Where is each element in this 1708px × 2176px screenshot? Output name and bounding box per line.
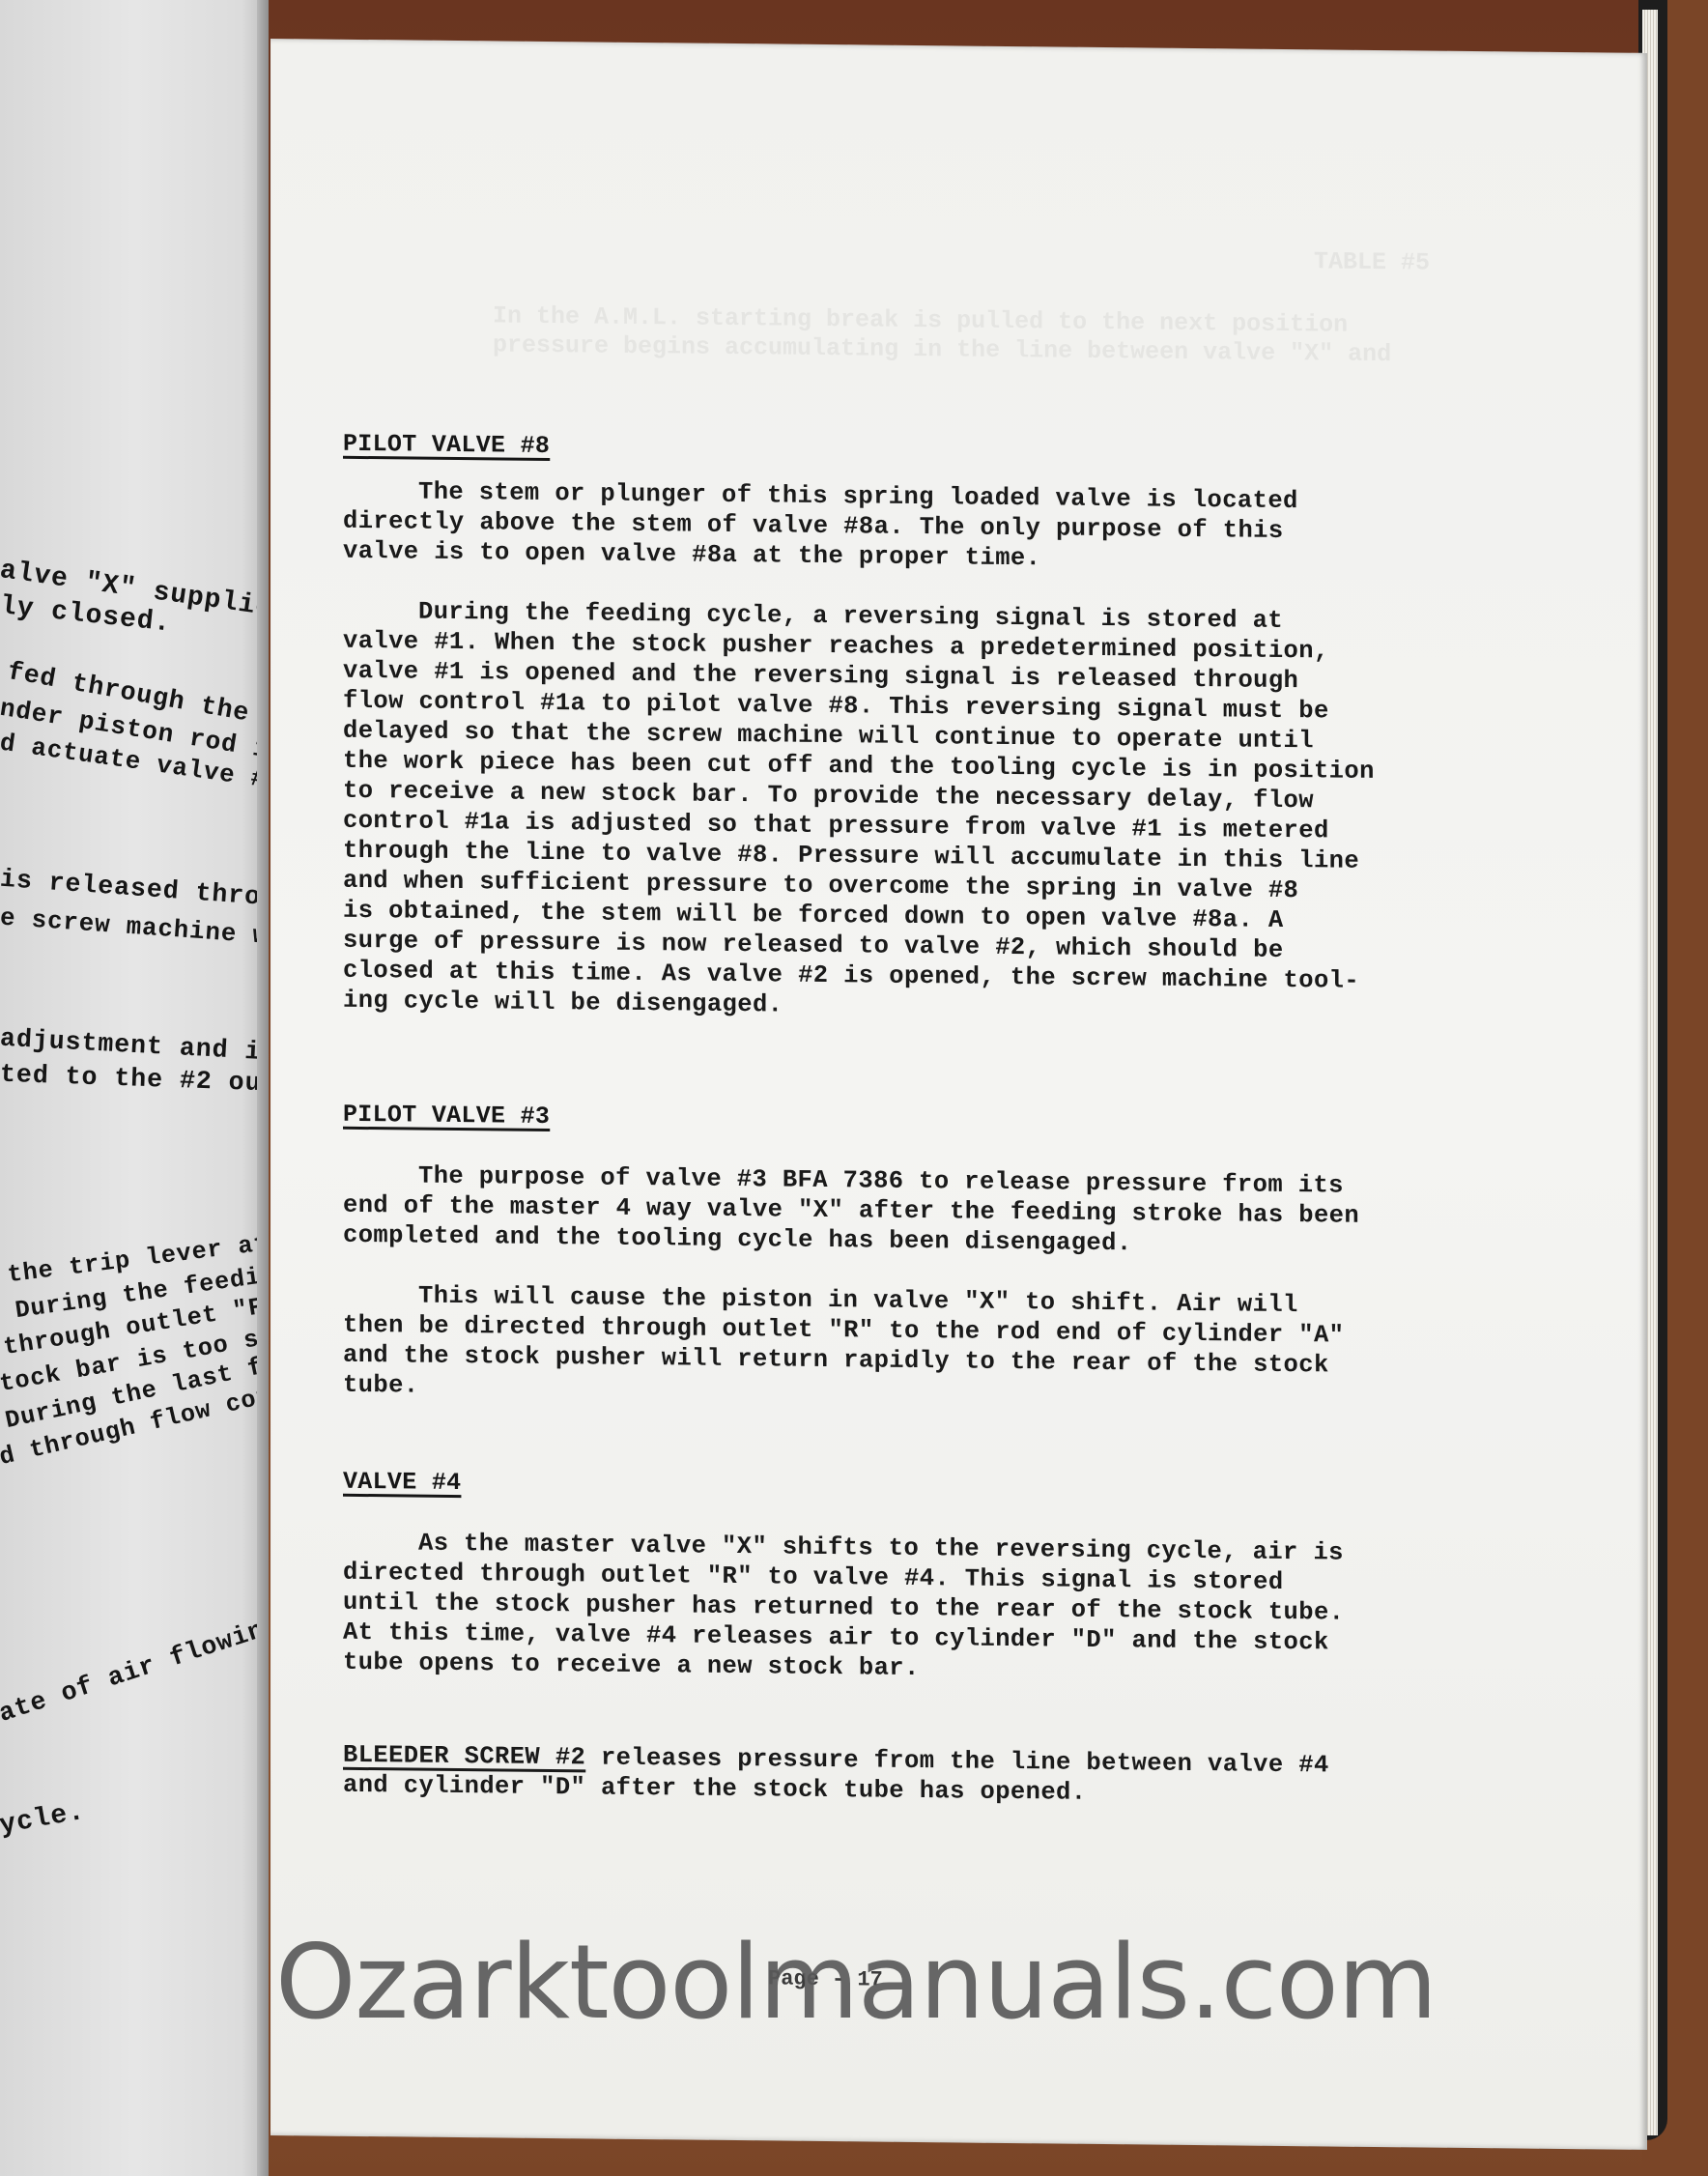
section-body-pilot-valve-8: The stem or plunger of this spring loade… (343, 476, 1406, 1027)
left-page-text-line: ted to the #2 outlet. (0, 1061, 269, 1102)
paragraph: The stem or plunger of this spring loade… (343, 476, 1406, 578)
left-page-text-line: e screw machine work cycle. (0, 904, 269, 961)
paragraph: During the feeding cycle, a reversing si… (343, 596, 1406, 1027)
section-heading-pilot-valve-8: PILOT VALVE #8 (343, 430, 550, 460)
watermark-text: Ozarktoolmanuals.com (275, 1923, 1437, 2042)
paragraph: As the master valve "X" shifts to the re… (343, 1528, 1406, 1689)
bleeder-screw-heading: BLEEDER SCREW #2 (343, 1741, 585, 1772)
bleeder-screw-paragraph: BLEEDER SCREW #2 releases pressure from … (343, 1740, 1406, 1812)
left-facing-page: alve "X" supplies pressure tly closed.fe… (0, 0, 269, 2176)
section-heading-pilot-valve-3: PILOT VALVE #3 (343, 1101, 550, 1131)
section-body-valve-4: As the master valve "X" shifts to the re… (343, 1528, 1406, 1689)
section-heading-valve-4: VALVE #4 (343, 1468, 461, 1497)
paragraph: The purpose of valve #3 BFA 7386 to rele… (343, 1160, 1406, 1262)
section-body-pilot-valve-3: The purpose of valve #3 BFA 7386 to rele… (343, 1160, 1406, 1412)
left-page-text-line: ate of air flowing through the (0, 1551, 269, 1730)
right-document-page: TABLE #5 In the A.M.L. starting break is… (270, 39, 1647, 2150)
left-page-text-line: ycle. (0, 1797, 87, 1842)
paragraph: This will cause the piston in valve "X" … (343, 1280, 1406, 1412)
page-gutter-shadow (257, 0, 269, 2176)
